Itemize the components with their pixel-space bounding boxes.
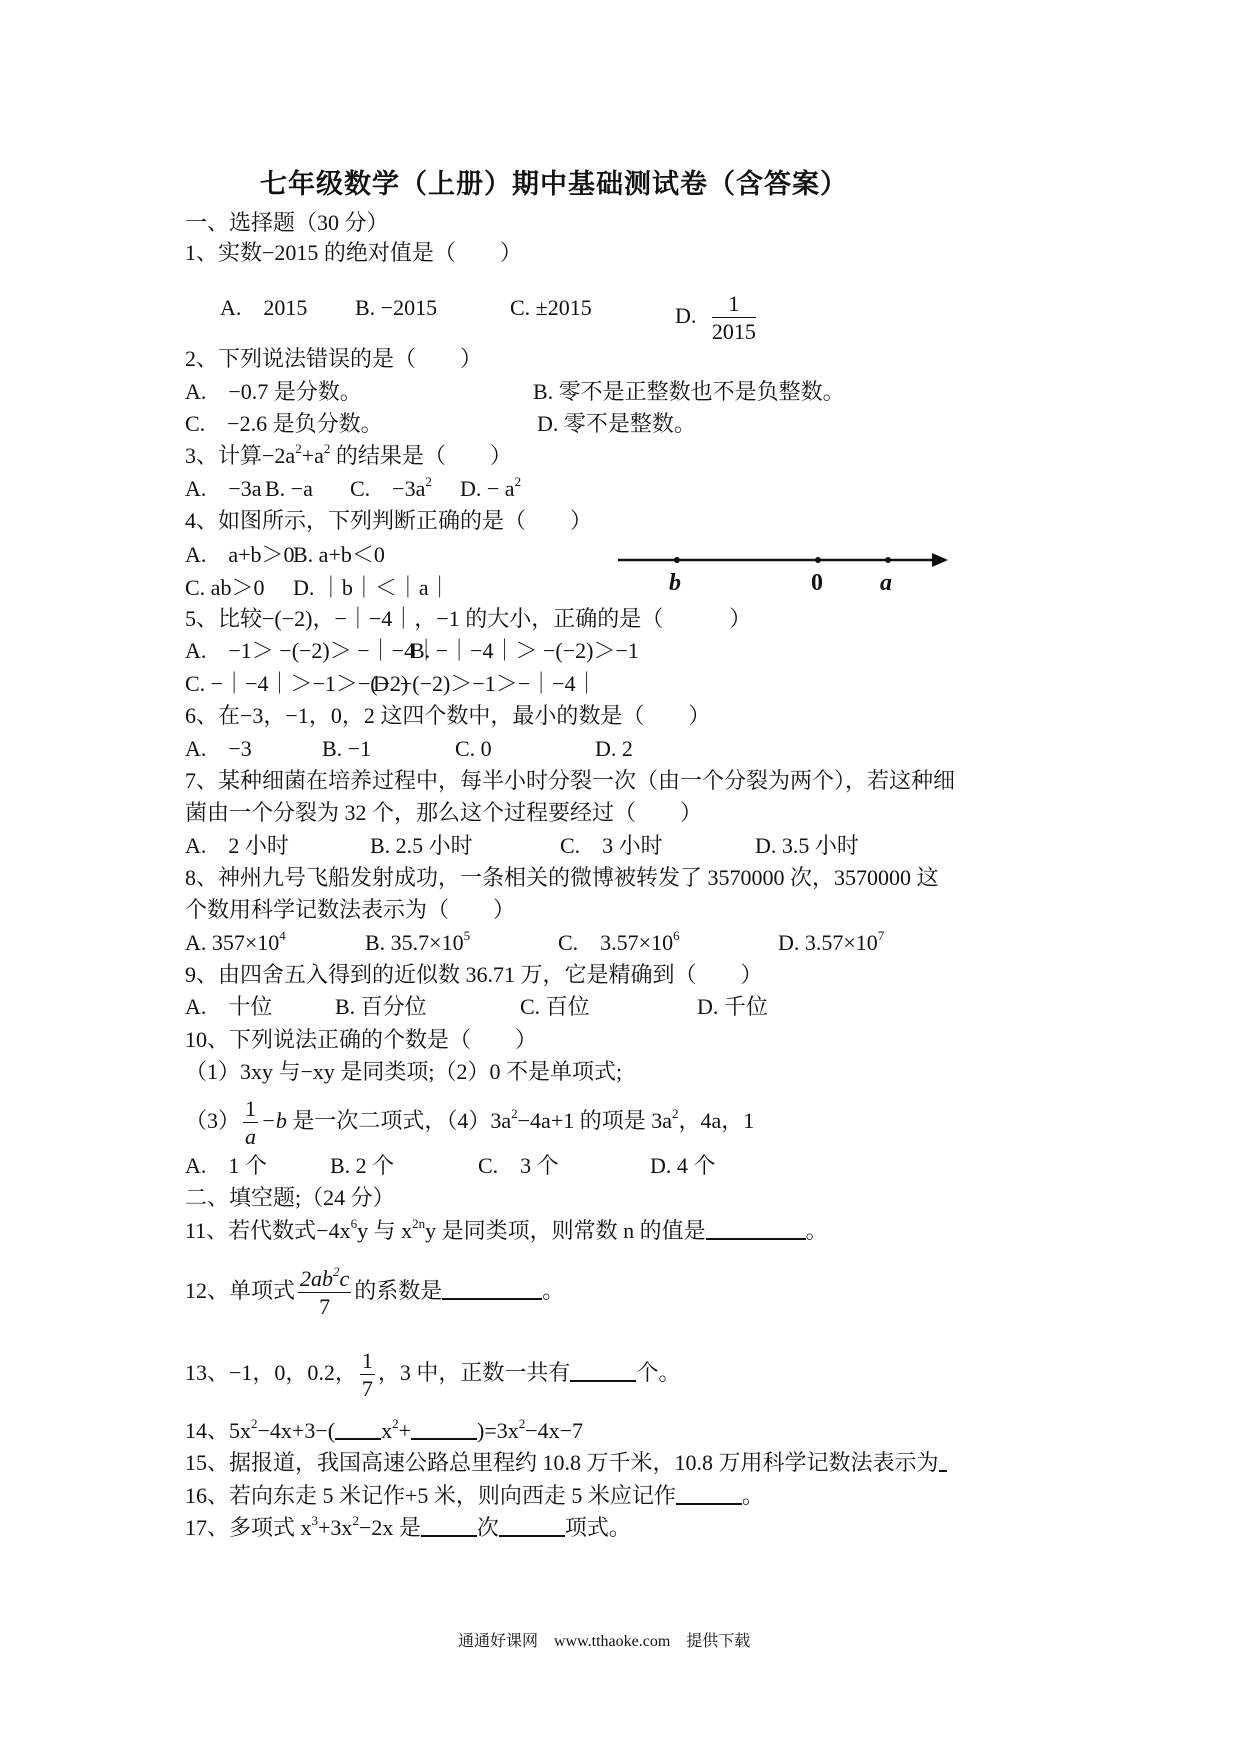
question-9-option-d: D. 千位	[697, 992, 768, 1022]
question-8-option-b: B. 35.7×105	[365, 928, 470, 958]
numberline-label-zero: 0	[811, 570, 823, 597]
question-14: 14、5x2−4x+3−(x2+)=3x2−4x−7	[185, 1416, 583, 1446]
fraction: 17	[360, 1350, 375, 1400]
fraction: 2ab2c7	[298, 1268, 351, 1318]
answer-blank[interactable]	[570, 1360, 636, 1382]
question-5-stem: 5、比较−(−2)，−｜−4｜，−1 的大小，正确的是（ ）	[185, 604, 751, 634]
question-6-option-a: A. −3	[185, 734, 252, 764]
question-16: 16、若向东走 5 米记作+5 米，则向西走 5 米应记作。	[185, 1481, 764, 1511]
question-10-stem: 10、下列说法正确的个数是（ ）	[185, 1025, 537, 1055]
question-7-option-d: D. 3.5 小时	[755, 831, 859, 861]
numberline-label-a: a	[880, 570, 892, 597]
question-4-option-c: C. ab＞0	[185, 573, 264, 603]
question-7-option-b: B. 2.5 小时	[370, 831, 473, 861]
question-10-statement-1-2: （1）3xy 与−xy 是同类项;（2）0 不是单项式;	[185, 1057, 622, 1087]
answer-blank[interactable]	[442, 1278, 542, 1300]
answer-blank[interactable]	[421, 1515, 477, 1537]
denominator: 2015	[712, 318, 756, 343]
number-line-icon	[612, 548, 952, 608]
question-9-option-b: B. 百分位	[335, 992, 427, 1022]
question-3-option-d: D. − a2	[460, 474, 521, 504]
question-2-stem: 2、下列说法错误的是（ ）	[185, 344, 482, 374]
question-3-option-c: C. −3a2	[350, 474, 432, 504]
question-8-stem-line1: 8、神州九号飞船发射成功，一条相关的微博被转发了 3570000 次，35700…	[185, 863, 939, 893]
question-12: 12、单项式2ab2c7的系数是。	[185, 1266, 564, 1318]
question-6-option-c: C. 0	[455, 734, 492, 764]
question-10-statement-3-4: （3）1a−b 是一次二项式，（4）3a2−4a+1 的项是 3a2，4a，1	[185, 1098, 754, 1148]
page-title: 七年级数学（上册）期中基础测试卷（含答案）	[260, 162, 848, 201]
question-5-option-d: D. −(−2)＞−1＞−｜−4｜	[373, 669, 598, 699]
question-2-option-c: C. −2.6 是负分数。	[185, 409, 383, 439]
answer-blank[interactable]	[939, 1450, 947, 1472]
question-4-option-a: A. a+b＞0	[185, 540, 295, 570]
question-15: 15、据报道，我国高速公路总里程约 10.8 万千米，10.8 万用科学记数法表…	[185, 1448, 947, 1478]
fraction: 12015	[712, 293, 756, 343]
question-10-option-c: C. 3 个	[478, 1151, 559, 1181]
answer-blank[interactable]	[499, 1515, 565, 1537]
question-1-option-a: A. 2015	[220, 293, 307, 323]
answer-blank[interactable]	[706, 1218, 806, 1240]
question-1-stem: 1、实数−2015 的绝对值是（ ）	[185, 238, 522, 268]
fraction: 1a	[243, 1098, 258, 1148]
question-8-option-a: A. 357×104	[185, 928, 286, 958]
question-9-stem: 9、由四舍五入得到的近似数 36.71 万，它是精确到（ ）	[185, 960, 763, 990]
answer-blank[interactable]	[411, 1418, 477, 1440]
question-4-option-b: B. a+b＜0	[293, 540, 385, 570]
question-3-option-a: A. −3a	[185, 474, 262, 504]
question-7-stem-line2: 菌由一个分裂为 32 个，那么这个过程要经过（ ）	[185, 798, 702, 828]
question-3-option-b: B. −a	[265, 474, 313, 504]
question-3-stem: 3、计算−2a2+a2 的结果是（ ）	[185, 441, 512, 471]
number-line-figure: b 0 a	[612, 548, 952, 608]
question-10-option-d: D. 4 个	[650, 1151, 715, 1181]
question-5-option-a: A. −1＞ −(−2)＞ −｜−4｜	[185, 636, 437, 666]
question-9-option-a: A. 十位	[185, 992, 272, 1022]
question-6-option-d: D. 2	[595, 734, 633, 764]
question-10-option-b: B. 2 个	[330, 1151, 394, 1181]
question-13: 13、−1，0，0.2，17，3 中，正数一共有个。	[185, 1348, 680, 1400]
question-8-stem-line2: 个数用科学记数法表示为（ ）	[185, 895, 515, 925]
question-2-option-a: A. −0.7 是分数。	[185, 377, 362, 407]
section-heading-choice: 一、选择题（30 分）	[185, 208, 389, 238]
question-8-option-c: C. 3.57×106	[558, 928, 680, 958]
question-7-stem-line1: 7、某种细菌在培养过程中，每半小时分裂一次（由一个分裂为两个），若这种细	[185, 766, 955, 796]
option-d-label: D.	[675, 303, 696, 328]
question-1-option-b: B. −2015	[355, 293, 437, 323]
question-9-option-c: C. 百位	[520, 992, 590, 1022]
question-4-stem: 4、如图所示，下列判断正确的是（ ）	[185, 506, 592, 536]
page-footer: 通通好课网 www.tthaoke.com 提供下载	[458, 1628, 750, 1651]
question-1-option-c: C. ±2015	[510, 293, 592, 323]
question-2-option-d: D. 零不是整数。	[537, 409, 696, 439]
question-6-stem: 6、在−3，−1，0，2 这四个数中，最小的数是（ ）	[185, 701, 710, 731]
question-6-option-b: B. −1	[322, 734, 371, 764]
question-7-option-c: C. 3 小时	[560, 831, 663, 861]
question-17: 17、多项式 x3+3x2−2x 是次项式。	[185, 1513, 631, 1543]
question-5-option-b: B. −｜−4｜＞ −(−2)＞−1	[410, 636, 639, 666]
question-4-option-d: D. ｜b｜＜｜a｜	[293, 573, 451, 603]
answer-blank[interactable]	[676, 1483, 742, 1505]
question-7-option-a: A. 2 小时	[185, 831, 289, 861]
question-11: 11、若代数式−4x6y 与 x2ny 是同类项，则常数 n 的值是。	[185, 1216, 828, 1246]
numerator: 1	[712, 293, 756, 318]
question-1-option-d: D. 12015	[675, 293, 759, 343]
answer-blank[interactable]	[335, 1418, 381, 1440]
question-8-option-d: D. 3.57×107	[778, 928, 884, 958]
question-10-option-a: A. 1 个	[185, 1151, 267, 1181]
question-2-option-b: B. 零不是正整数也不是负整数。	[533, 377, 845, 407]
exam-page: 七年级数学（上册）期中基础测试卷（含答案） 一、选择题（30 分） 1、实数−2…	[0, 0, 1240, 1754]
section-heading-fill: 二、填空题;（24 分）	[185, 1183, 395, 1213]
numberline-label-b: b	[669, 570, 681, 597]
